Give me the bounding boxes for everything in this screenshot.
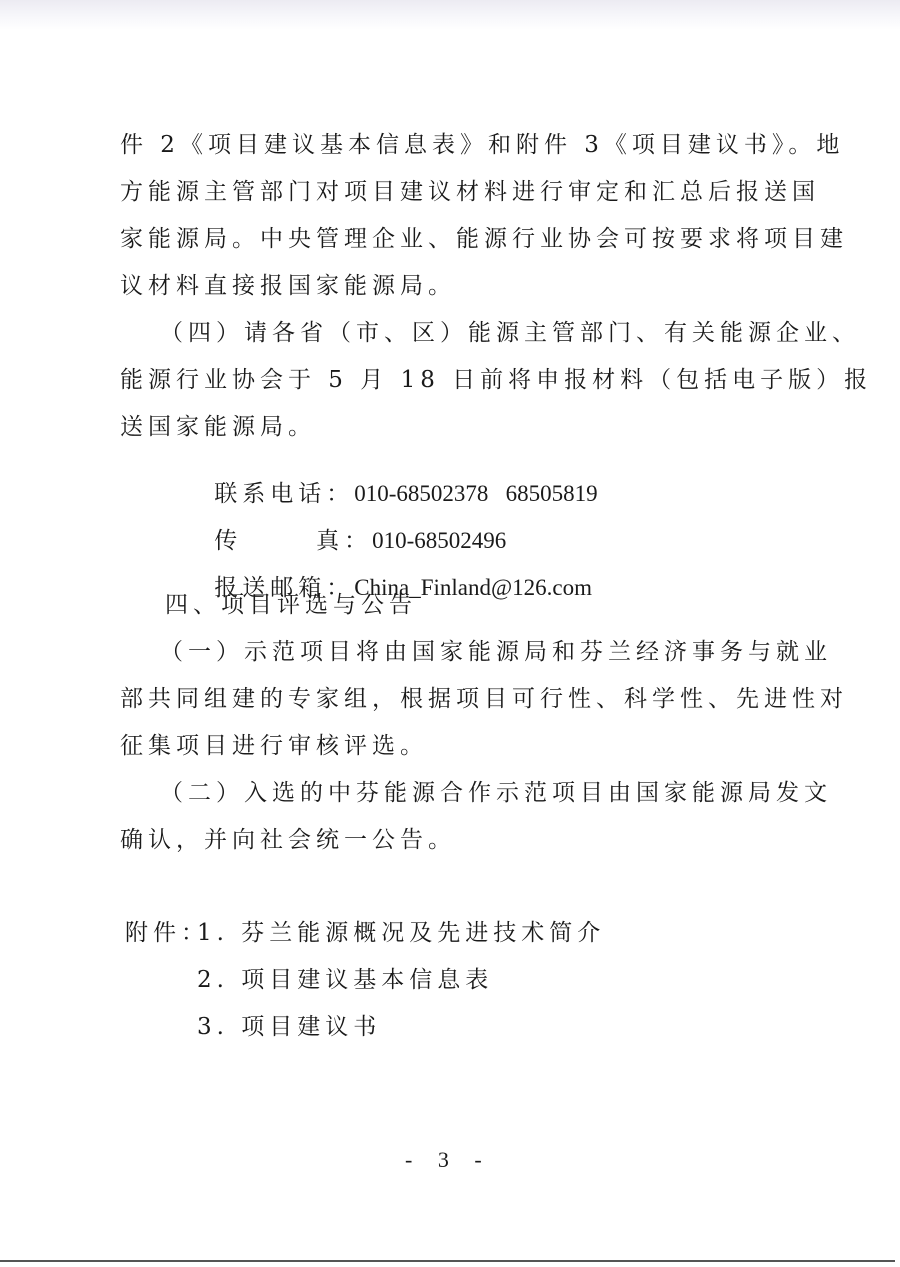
attachment-item: 2. 项目建议基本信息表 (197, 965, 493, 995)
text-line: 能源行业协会于 5 月 18 日前将申报材料（包括电子版）报 (120, 365, 872, 395)
text-line: 征集项目进行审核评选。 (120, 731, 428, 761)
text-line: 送国家能源局。 (120, 412, 316, 442)
text-line: （一）示范项目将由国家能源局和芬兰经济事务与就业 (160, 637, 832, 667)
section-heading: 四、项目评选与公告 (165, 590, 417, 620)
text-line: 确认，并向社会统一公告。 (120, 825, 456, 855)
text-line: （二）入选的中芬能源合作示范项目由国家能源局发文 (160, 778, 832, 808)
attachment-item: 3. 项目建议书 (197, 1012, 381, 1042)
text-line: 部共同组建的专家组，根据项目可行性、科学性、先进性对 (120, 684, 848, 714)
attachment-item: 1. 芬兰能源概况及先进技术简介 (197, 918, 605, 948)
text-line: 方能源主管部门对项目建议材料进行审定和汇总后报送国 (120, 177, 820, 207)
text-line: （四）请各省（市、区）能源主管部门、有关能源企业、 (160, 318, 860, 348)
scan-artifact-top (0, 0, 900, 30)
page-number: - 3 - (405, 1147, 492, 1173)
scan-artifact-bottom-line (0, 1260, 895, 1262)
text-line: 家能源局。中央管理企业、能源行业协会可按要求将项目建 (120, 224, 848, 254)
text-line: 件 2《项目建议基本信息表》和附件 3《项目建议书》。地 (120, 130, 844, 160)
text-line: 议材料直接报国家能源局。 (120, 271, 456, 301)
